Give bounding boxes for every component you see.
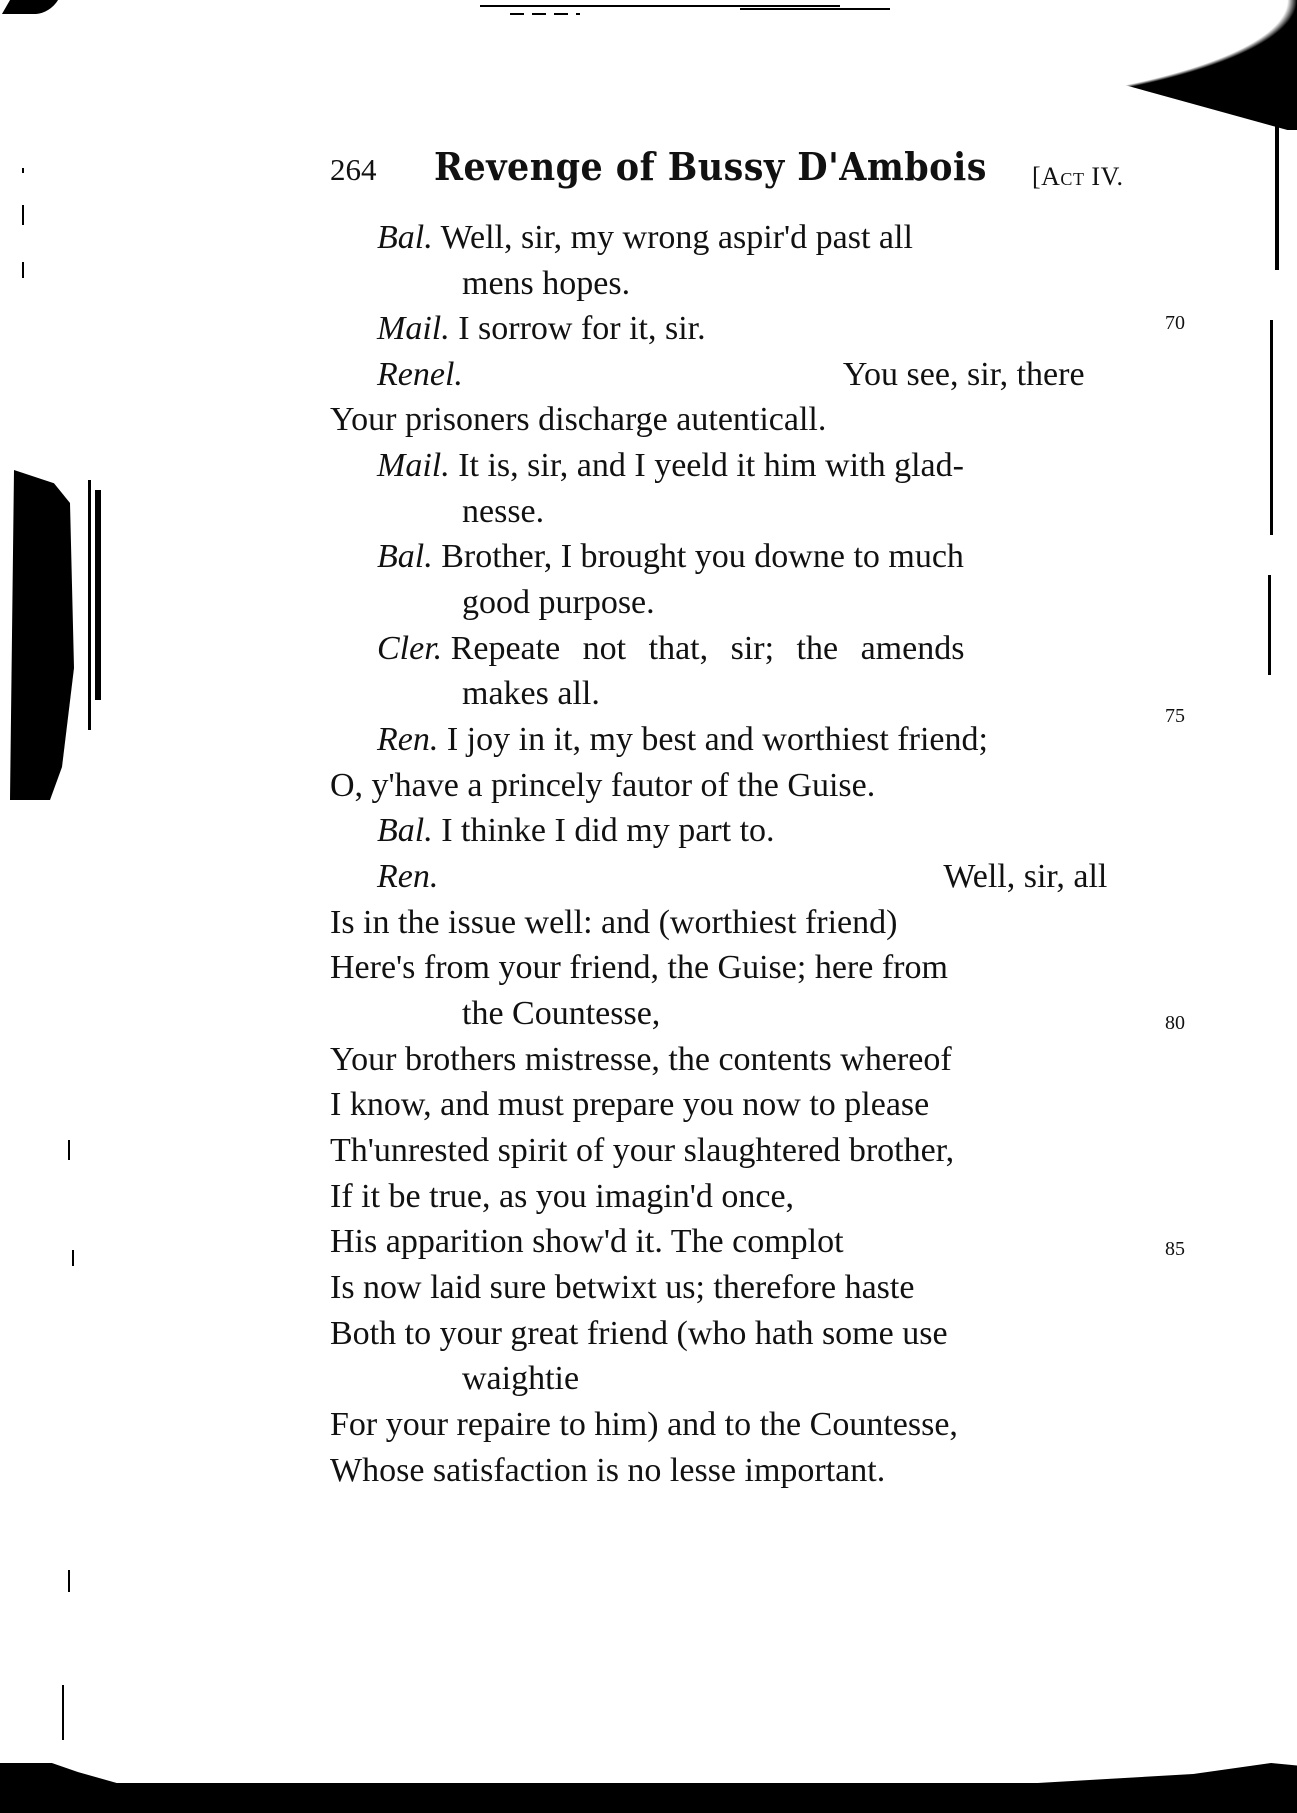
verse-line: nesse.: [462, 492, 544, 532]
scan-artifact-left-blot: [10, 470, 90, 800]
verse-line: Mail. I sorrow for it, sir.: [377, 309, 706, 349]
verse-line: O, y'have a princely fautor of the Guise…: [330, 766, 875, 806]
scan-artifact-right-line: [1268, 575, 1271, 675]
scan-artifact-margin-mark: [68, 1140, 70, 1160]
verse-line: Is now laid sure betwixt us; therefore h…: [330, 1268, 914, 1308]
book-page: 264 Revenge of Bussy D'Ambois [Act IV. B…: [0, 0, 1297, 1813]
verse-line: Whose satisfaction is no lesse important…: [330, 1451, 885, 1491]
verse-line: Cler. Repeate not that, sir; the amends: [377, 629, 964, 669]
verse-line: mens hopes.: [462, 264, 630, 304]
scan-artifact-left-streak: [88, 480, 91, 730]
scan-artifact-right-edge: [1275, 60, 1279, 270]
scan-artifact-margin-mark: [62, 1685, 64, 1740]
verse-line: good purpose.: [462, 583, 655, 623]
speaker-name: Ren.: [377, 858, 438, 895]
running-header: 264 Revenge of Bussy D'Ambois [Act IV.: [330, 142, 1180, 190]
verse-line: waightie: [462, 1359, 579, 1399]
speaker-name: Mail.: [377, 310, 450, 347]
line-number: 70: [1165, 312, 1185, 335]
scan-artifact-margin-mark: [68, 1570, 70, 1592]
verse-line: Mail. It is, sir, and I yeeld it him wit…: [377, 446, 964, 486]
verse-line: I know, and must prepare you now to plea…: [330, 1085, 929, 1125]
page-number: 264: [330, 152, 377, 188]
verse-line: For your repaire to him) and to the Coun…: [330, 1405, 958, 1445]
verse-line: Bal. Brother, I brought you downe to muc…: [377, 537, 964, 577]
verse-line: Your brothers mistresse, the contents wh…: [330, 1040, 952, 1080]
line-number: 80: [1165, 1012, 1185, 1035]
speaker-name: Cler.: [377, 630, 442, 667]
verse-line: the Countesse,: [462, 994, 660, 1034]
verse-line: Bal. Well, sir, my wrong aspir'd past al…: [377, 218, 913, 258]
speaker-name: Renel.: [377, 356, 463, 393]
verse-line: His apparition show'd it. The complot: [330, 1222, 844, 1262]
scan-artifact-top-rule: [480, 5, 840, 7]
speaker-name: Bal.: [377, 219, 433, 256]
speaker-name: Mail.: [377, 447, 450, 484]
line-number: 85: [1165, 1238, 1185, 1261]
speaker-name: Bal.: [377, 538, 433, 575]
verse-line: makes all.: [462, 674, 600, 714]
verse-line: Ren.Well, sir, all: [377, 857, 1107, 897]
scan-artifact-bottom-band: [0, 1763, 1297, 1813]
scan-artifact-right-line: [1270, 320, 1273, 535]
verse-line: Your prisoners discharge autenticall.: [330, 400, 826, 440]
verse-line: Th'unrested spirit of your slaughtered b…: [330, 1131, 954, 1171]
scan-artifact-left-streak: [95, 490, 101, 700]
scan-artifact-corner: [2, 0, 58, 14]
speaker-name: Ren.: [377, 721, 438, 758]
scan-artifact-page-curl: [817, 0, 1297, 130]
verse-line: Bal. I thinke I did my part to.: [377, 811, 775, 851]
scan-artifact-margin-mark: [22, 168, 24, 173]
verse-line: Renel.You see, sir, there: [377, 355, 1085, 395]
scan-artifact-margin-mark: [22, 262, 24, 278]
act-label: [Act IV.: [1032, 162, 1124, 192]
scan-artifact-margin-mark: [22, 205, 24, 225]
scan-artifact-margin-mark: [72, 1250, 74, 1266]
verse-line: Is in the issue well: and (worthiest fri…: [330, 903, 897, 943]
line-number: 75: [1165, 705, 1185, 728]
verse-line: Here's from your friend, the Guise; here…: [330, 948, 948, 988]
running-title: Revenge of Bussy D'Ambois: [434, 144, 987, 189]
verse-line: If it be true, as you imagin'd once,: [330, 1177, 794, 1217]
speaker-name: Bal.: [377, 812, 433, 849]
scan-artifact-top-dashes: [510, 13, 580, 15]
verse-line: Both to your great friend (who hath some…: [330, 1314, 948, 1354]
verse-line: Ren. I joy in it, my best and worthiest …: [377, 720, 988, 760]
